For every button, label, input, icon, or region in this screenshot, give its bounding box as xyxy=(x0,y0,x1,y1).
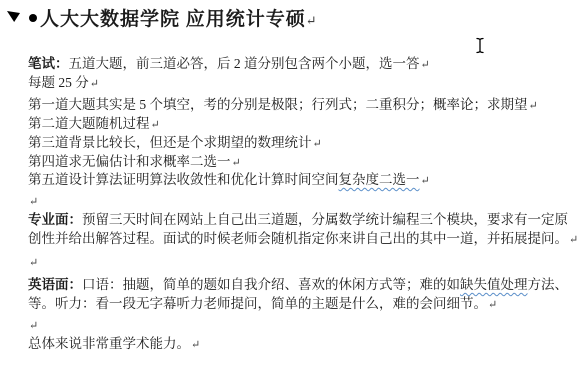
text-cursor-ibeam-icon xyxy=(474,37,486,59)
paragraph-mark: ↵ xyxy=(29,196,38,208)
text-line[interactable]: 等。听力：看一段无字幕听力老师提问，简单的主题是什么，难的会问细节。↵ xyxy=(28,296,497,313)
page-title-text: 人大大数据学院 应用统计专硕 xyxy=(40,9,306,30)
text-line[interactable]: 每题 25 分↵ xyxy=(28,75,99,92)
grammar-flagged-text: 复杂度二选一 xyxy=(339,172,420,187)
text-line[interactable]: 总体来说非常重学术能力。↵ xyxy=(28,336,200,353)
empty-line[interactable]: ↵ xyxy=(28,317,38,334)
text-line[interactable]: 第四道求无偏估计和求概率二选一↵ xyxy=(28,154,241,171)
text-segment: 等。听力：看一段无字幕听力老师提问，简单的主题是什么，难的会问细节。 xyxy=(28,296,487,311)
text-line[interactable]: 英语面：口语：抽题，简单的题如自我介绍、喜欢的休闲方式等；难的如缺失值处理方法、 xyxy=(28,277,568,292)
section-label: 英语面： xyxy=(28,277,82,292)
text-line[interactable]: 第一道大题其实是 5 个填空，考的分别是极限；行列式；二重积分；概率论；求期望↵ xyxy=(28,97,538,114)
text-line[interactable]: 笔试：五道大题，前三道必答，后 2 道分别包含两个小题，选一答↵ xyxy=(28,56,430,73)
text-line[interactable]: 创性并给出解答过程。面试的时候老师会随机指定你来讲自己出的其中一道，并拓展提问。… xyxy=(28,231,578,248)
text-segment: 每题 25 分 xyxy=(28,75,89,90)
text-segment: 创性并给出解答过程。面试的时候老师会随机指定你来讲自己出的其中一道，并拓展提问。 xyxy=(28,231,568,246)
text-segment: 五道大题，前三道必答，后 2 道分别包含两个小题，选一答 xyxy=(69,56,420,71)
section-label: 笔试： xyxy=(28,56,69,71)
paragraph-mark: ↵ xyxy=(191,339,200,351)
text-segment: 总体来说非常重学术能力。 xyxy=(28,336,190,351)
paragraph-mark: ↵ xyxy=(421,59,430,71)
document-canvas[interactable]: 人大大数据学院 应用统计专硕↵ 笔试：五道大题，前三道必答，后 2 道分别包含两… xyxy=(0,0,588,365)
paragraph-mark: ↵ xyxy=(313,138,322,150)
text-segment: 第三道背景比较长，但还是个求期望的数理统计 xyxy=(28,135,312,150)
paragraph-mark: ↵ xyxy=(29,320,38,332)
paragraph-mark: ↵ xyxy=(232,157,241,169)
empty-line[interactable]: ↵ xyxy=(28,254,38,271)
text-segment: 口语：抽题，简单的题如自我介绍、喜欢的休闲方式等；难的如 xyxy=(82,277,460,292)
outline-collapse-icon[interactable] xyxy=(7,11,20,22)
text-segment: 预留三天时间在网站上自己出三道题，分属数学统计编程三个模块，要求有一定原 xyxy=(82,212,568,227)
text-line[interactable]: 第三道背景比较长，但还是个求期望的数理统计↵ xyxy=(28,135,322,152)
paragraph-mark: ↵ xyxy=(488,299,497,311)
text-line[interactable]: 第五道设计算法证明算法收敛性和优化计算时间空间复杂度二选一↵ xyxy=(28,172,430,189)
paragraph-mark: ↵ xyxy=(421,175,430,187)
paragraph-mark: ↵ xyxy=(151,119,160,131)
grammar-flagged-text: 缺失值处理 xyxy=(460,277,528,292)
paragraph-mark: ↵ xyxy=(569,234,578,246)
text-line[interactable]: 第二道大题随机过程↵ xyxy=(28,116,160,133)
text-segment: 第一道大题其实是 5 个填空，考的分别是极限；行列式；二重积分；概率论；求期望 xyxy=(28,97,528,112)
paragraph-mark: ↵ xyxy=(29,257,38,269)
section-label: 专业面： xyxy=(28,212,82,227)
text-line[interactable]: 专业面：预留三天时间在网站上自己出三道题，分属数学统计编程三个模块，要求有一定原 xyxy=(28,212,568,227)
text-segment: 方法、 xyxy=(528,277,569,292)
bullet-icon xyxy=(29,14,37,22)
page-title[interactable]: 人大大数据学院 应用统计专硕↵ xyxy=(40,4,317,31)
text-segment: 第二道大题随机过程 xyxy=(28,116,150,131)
paragraph-mark: ↵ xyxy=(306,13,317,28)
text-segment: 第四道求无偏估计和求概率二选一 xyxy=(28,154,231,169)
paragraph-mark: ↵ xyxy=(529,100,538,112)
empty-line[interactable]: ↵ xyxy=(28,193,38,210)
text-segment: 第五道设计算法证明算法收敛性和优化计算时间空间 xyxy=(28,172,339,187)
paragraph-mark: ↵ xyxy=(90,78,99,90)
